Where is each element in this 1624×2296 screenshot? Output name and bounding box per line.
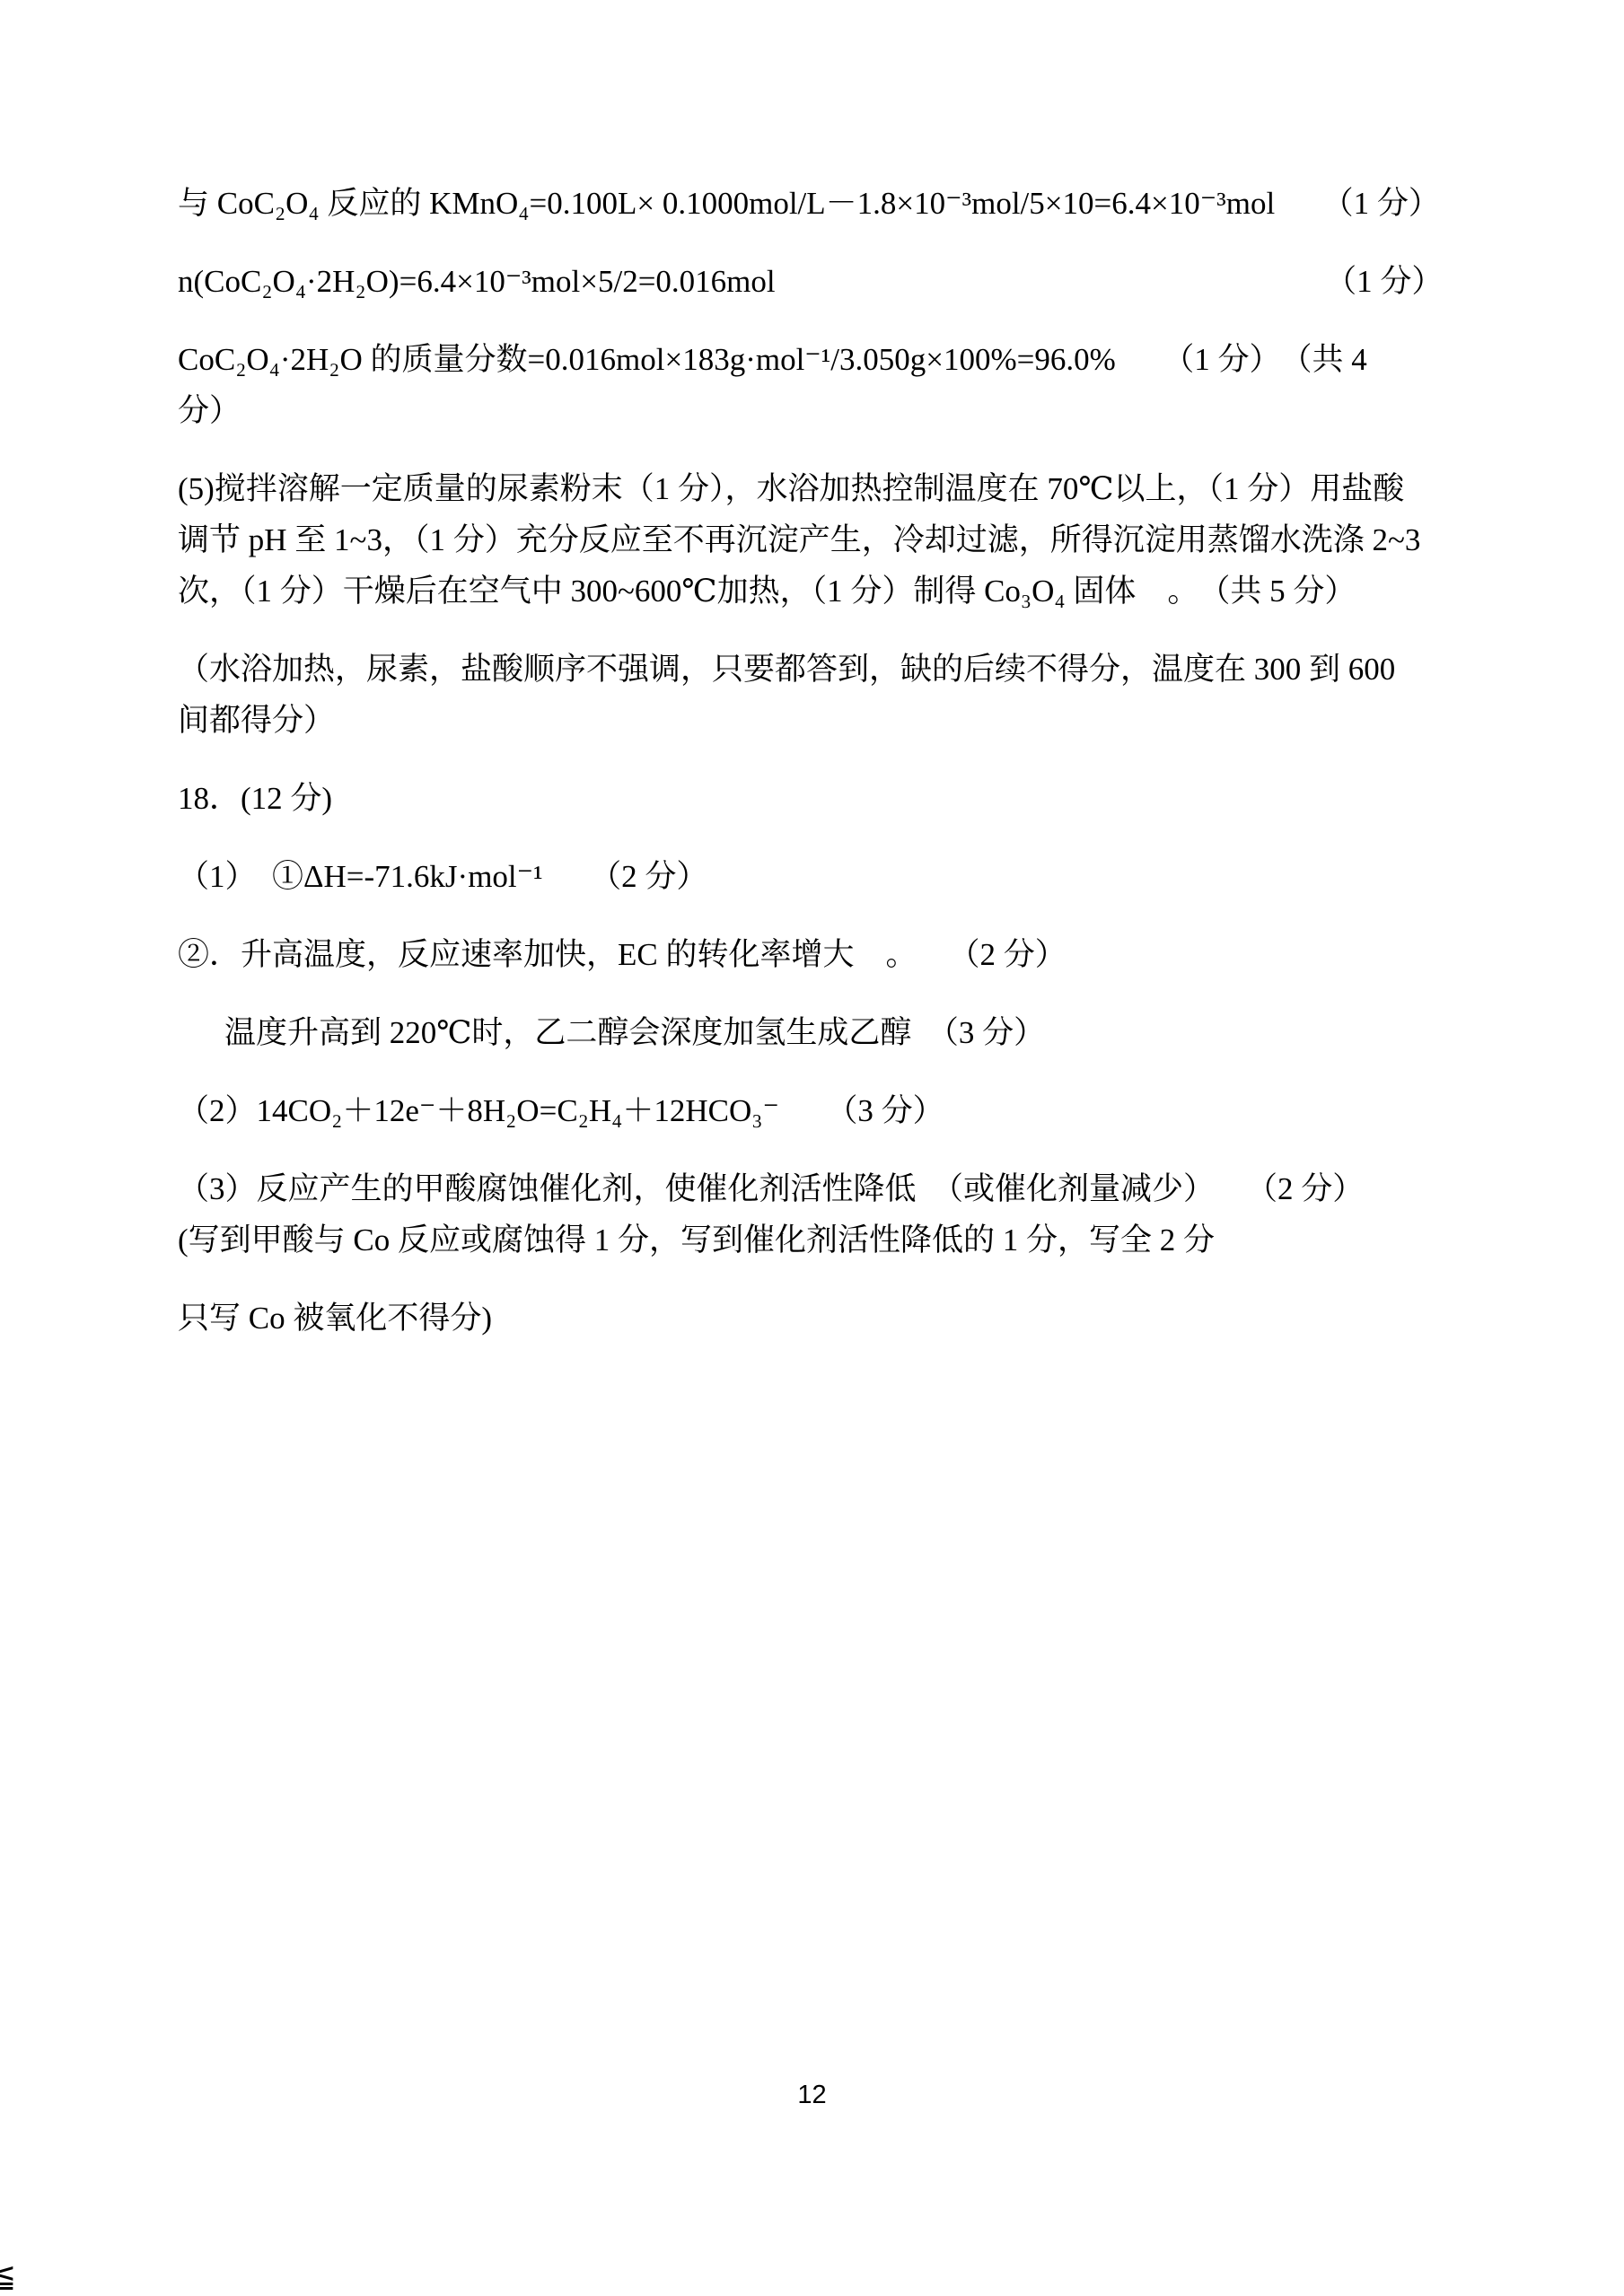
paragraph-q18-1-circle2: ②．升高温度，反应速率加快，EC 的转化率增大 。 （2 分） [178,929,1489,980]
paragraph-q18-3-grading-note: 只写 Co 被氧化不得分) [178,1293,1489,1344]
q17-5-procedure-line-2: 调节 pH 至 1~3，（1 分）充分反应至不再沉淀产生，冷却过滤，所得沉淀用蒸… [178,514,1489,565]
paragraph-q18-2-equation: （2）14CO₂＋12e⁻＋8H₂O=C₂H₄＋12HCO₃⁻ （3 分） [178,1085,1489,1136]
paragraph-n-coc2o4-calculation: n(CoC₂O₄·2H₂O)=6.4×10⁻³mol×5/2=0.016mol … [178,256,1489,307]
answer-key-content: 与 CoC₂O₄ 反应的 KMnO₄=0.100L× 0.1000mol/L－1… [178,178,1489,1371]
mass-fraction-line-1: CoC₂O₄·2H₂O 的质量分数=0.016mol×183g·mol⁻¹/3.… [178,334,1489,385]
q18-3-grading-note-line-2: 只写 Co 被氧化不得分) [178,1293,1489,1344]
paragraph-q17-5-procedure: (5)搅拌溶解一定质量的尿素粉末（1 分），水浴加热控制温度在 70℃以上，（1… [178,463,1489,617]
q17-5-procedure-line-1: (5)搅拌溶解一定质量的尿素粉末（1 分），水浴加热控制温度在 70℃以上，（1… [178,463,1489,514]
q18-1-enthalpy-line: （1） ①ΔH=-71.6kJ·mol⁻¹ （2 分） [178,851,1489,902]
paragraph-q18-1-temperature-note: 温度升高到 220℃时，乙二醇会深度加氢生成乙醇 （3 分） [178,1007,1489,1058]
question-18-header-line: 18．(12 分) [178,773,1489,824]
paragraph-q18-3-answer: （3）反应产生的甲酸腐蚀催化剂，使催化剂活性降低 （或催化剂量减少） （2 分）… [178,1163,1489,1266]
paragraph-kmno4-calculation: 与 CoC₂O₄ 反应的 KMnO₄=0.100L× 0.1000mol/L－1… [178,178,1489,229]
paragraph-question-18-header: 18．(12 分) [178,773,1489,824]
q17-5-grading-note-line-1: （水浴加热，尿素，盐酸顺序不强调，只要都答到，缺的后续不得分，温度在 300 到… [178,644,1489,695]
q17-5-procedure-line-3: 次，（1 分）干燥后在空气中 300~600℃加热，（1 分）制得 Co₃O₄ … [178,565,1489,617]
q18-3-answer-line: （3）反应产生的甲酸腐蚀催化剂，使催化剂活性降低 （或催化剂量减少） （2 分） [178,1163,1489,1214]
kmno4-calculation-line: 与 CoC₂O₄ 反应的 KMnO₄=0.100L× 0.1000mol/L－1… [178,178,1489,229]
paragraph-q18-1-enthalpy: （1） ①ΔH=-71.6kJ·mol⁻¹ （2 分） [178,851,1489,902]
q18-3-grading-note-line-1: (写到甲酸与 Co 反应或腐蚀得 1 分，写到催化剂活性降低的 1 分，写全 2… [178,1214,1489,1266]
paragraph-q17-5-grading-note: （水浴加热，尿素，盐酸顺序不强调，只要都答到，缺的后续不得分，温度在 300 到… [178,644,1489,746]
q18-1-temperature-note-line: 温度升高到 220℃时，乙二醇会深度加氢生成乙醇 （3 分） [178,1007,1489,1058]
paragraph-mass-fraction: CoC₂O₄·2H₂O 的质量分数=0.016mol×183g·mol⁻¹/3.… [178,334,1489,436]
n-coc2o4-calculation-line: n(CoC₂O₄·2H₂O)=6.4×10⁻³mol×5/2=0.016mol … [178,256,1489,307]
mass-fraction-line-2: 分） [178,385,1489,436]
page-number: 12 [0,2079,1624,2111]
corner-artifact-glyph: ≦ [0,2258,16,2294]
q18-1-circle2-line: ②．升高温度，反应速率加快，EC 的转化率增大 。 （2 分） [178,929,1489,980]
q17-5-grading-note-line-2: 间都得分） [178,695,1489,746]
document-page: 与 CoC₂O₄ 反应的 KMnO₄=0.100L× 0.1000mol/L－1… [0,0,1624,2296]
q18-2-equation-line: （2）14CO₂＋12e⁻＋8H₂O=C₂H₄＋12HCO₃⁻ （3 分） [178,1085,1489,1136]
